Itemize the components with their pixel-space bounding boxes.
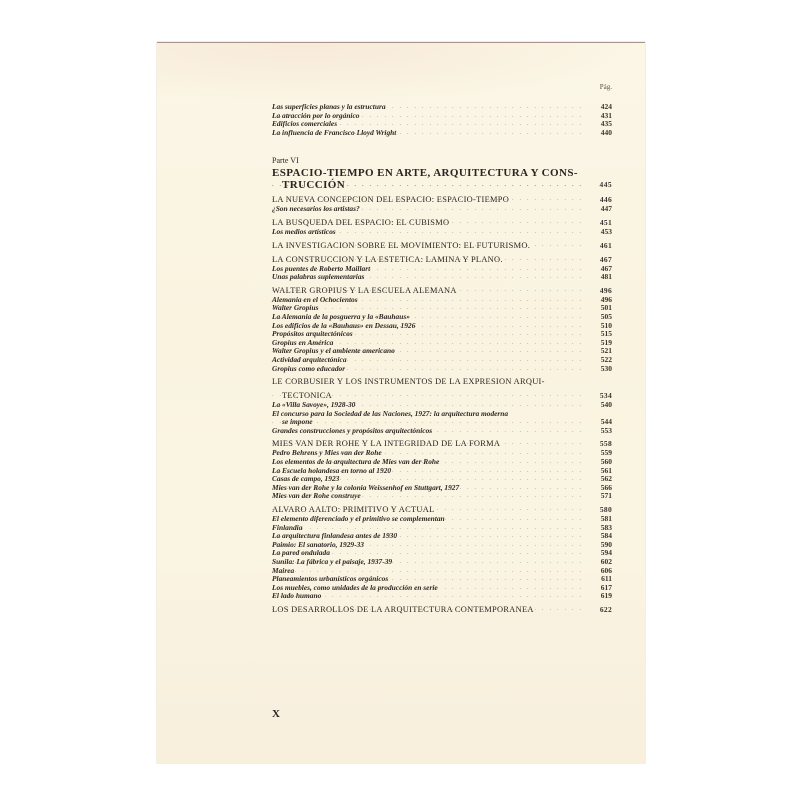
toc-entry: ........................................… bbox=[272, 492, 612, 501]
entry-title: Edificios comerciales bbox=[272, 119, 339, 128]
toc-entry: El concurso para la Sociedad de las Naci… bbox=[272, 410, 612, 419]
entry-page-number: 453 bbox=[601, 228, 612, 237]
entry-title: Actividad arquitectónica bbox=[272, 355, 349, 364]
toc-chapter: ........................................… bbox=[272, 254, 612, 265]
entry-page-number: 619 bbox=[601, 592, 612, 601]
table-of-contents: ........................................… bbox=[272, 103, 612, 615]
entry-title: TECTONICA bbox=[282, 391, 334, 400]
entry-title: LA BUSQUEDA DEL ESPACIO: EL CUBISMO bbox=[272, 218, 451, 227]
toc-entry: ........................................… bbox=[272, 365, 612, 374]
toc-entry: ........................................… bbox=[272, 558, 612, 567]
sections: ........................................… bbox=[272, 194, 612, 615]
entry-page-number: 571 bbox=[601, 492, 612, 501]
entry-title: La influencia de Francisco Lloyd Wright bbox=[272, 128, 398, 137]
entry-title: Los medios artísticos bbox=[272, 227, 338, 236]
part-title-text-2: TRUCCIÓN bbox=[282, 179, 347, 191]
entry-page-number: 461 bbox=[600, 240, 612, 251]
toc-entry: ........................................… bbox=[272, 228, 612, 237]
entry-title: Gropius como educador bbox=[272, 364, 347, 373]
entry-page-number: 440 bbox=[601, 129, 612, 138]
toc-entry: ........................................… bbox=[272, 584, 612, 593]
entry-title: Las superficies planas y la estructura bbox=[272, 102, 388, 111]
entry-page-number: 540 bbox=[601, 401, 612, 410]
entry-title: LE CORBUSIER Y LOS INSTRUMENTOS DE LA EX… bbox=[272, 377, 547, 386]
entry-title: Los elementos de la arquitectura de Mies… bbox=[272, 457, 441, 466]
toc-entry: ........................................… bbox=[272, 592, 612, 601]
entry-title: La Alemania de la posguerra y la «Bauhau… bbox=[272, 312, 412, 321]
part-title-line2: ........................................… bbox=[272, 179, 612, 191]
part-title-text: ESPACIO-TIEMPO EN ARTE, ARQUITECTURA Y C… bbox=[272, 167, 580, 179]
part-label: Parte VI bbox=[272, 155, 612, 167]
entry-title: Walter Gropius y el ambiente americano bbox=[272, 346, 397, 355]
entry-title: Sunila: La fábrica y el paisaje, 1937-39 bbox=[272, 557, 394, 566]
entry-title: Grandes construcciones y propósitos arqu… bbox=[272, 426, 434, 435]
entry-title: LA CONSTRUCCION Y LA ESTETICA: LAMINA Y … bbox=[272, 255, 505, 264]
entry-title: se impone bbox=[282, 417, 315, 426]
top-entries: ........................................… bbox=[272, 103, 612, 137]
entry-title: Mies van der Rohe construye bbox=[272, 491, 363, 500]
entry-title: Casas de campo, 1923 bbox=[272, 474, 341, 483]
toc-entry: ........................................… bbox=[272, 296, 612, 305]
entry-title: WALTER GROPIUS Y LA ESCUELA ALEMANA bbox=[272, 286, 459, 295]
toc-entry: ........................................… bbox=[272, 427, 612, 436]
part-page-number: 445 bbox=[600, 179, 612, 191]
entry-page-number: 447 bbox=[601, 205, 612, 214]
entry-page-number: 467 bbox=[600, 254, 612, 265]
entry-title: ALVARO AALTO: PRIMITIVO Y ACTUAL bbox=[272, 505, 437, 514]
entry-page-number: 622 bbox=[600, 604, 612, 615]
toc-entry: ........................................… bbox=[272, 205, 612, 214]
entry-title: La «Villa Savoye», 1928-30 bbox=[272, 400, 357, 409]
page-column-label: Pág. bbox=[600, 83, 612, 91]
book-page: Pág. ...................................… bbox=[157, 42, 645, 763]
entry-title: Planeamientos urbanísticos orgánicos bbox=[272, 574, 390, 583]
part-title-line1: ESPACIO-TIEMPO EN ARTE, ARQUITECTURA Y C… bbox=[272, 167, 612, 179]
toc-chapter: LE CORBUSIER Y LOS INSTRUMENTOS DE LA EX… bbox=[272, 376, 612, 387]
entry-title: Propósitos arquitectónicos bbox=[272, 329, 355, 338]
page-folio: X bbox=[272, 708, 280, 720]
entry-title: LA INVESTIGACION SOBRE EL MOVIMIENTO: EL… bbox=[272, 241, 532, 250]
toc-chapter: ........................................… bbox=[272, 604, 612, 615]
entry-title: El lado humano bbox=[272, 591, 323, 600]
entry-page-number: 530 bbox=[601, 365, 612, 374]
entry-title: El elemento diferenciado y el primitivo … bbox=[272, 514, 447, 523]
toc-entry: ........................................… bbox=[272, 515, 612, 524]
entry-title: ¿Son necesarios los artistas? bbox=[272, 204, 362, 213]
entry-page-number: 553 bbox=[601, 427, 612, 436]
toc-entry: ........................................… bbox=[272, 273, 612, 282]
toc-entry: ........................................… bbox=[272, 129, 612, 138]
entry-title: La arquitectura finlandesa antes de 1930 bbox=[272, 531, 399, 540]
entry-title: LOS DESARROLLOS DE LA ARQUITECTURA CONTE… bbox=[272, 605, 536, 614]
toc-chapter: ........................................… bbox=[272, 240, 612, 251]
entry-title: Unas palabras suplementarias bbox=[272, 272, 366, 281]
entry-page-number: 481 bbox=[601, 273, 612, 282]
entry-title: Walter Gropius bbox=[272, 303, 320, 312]
